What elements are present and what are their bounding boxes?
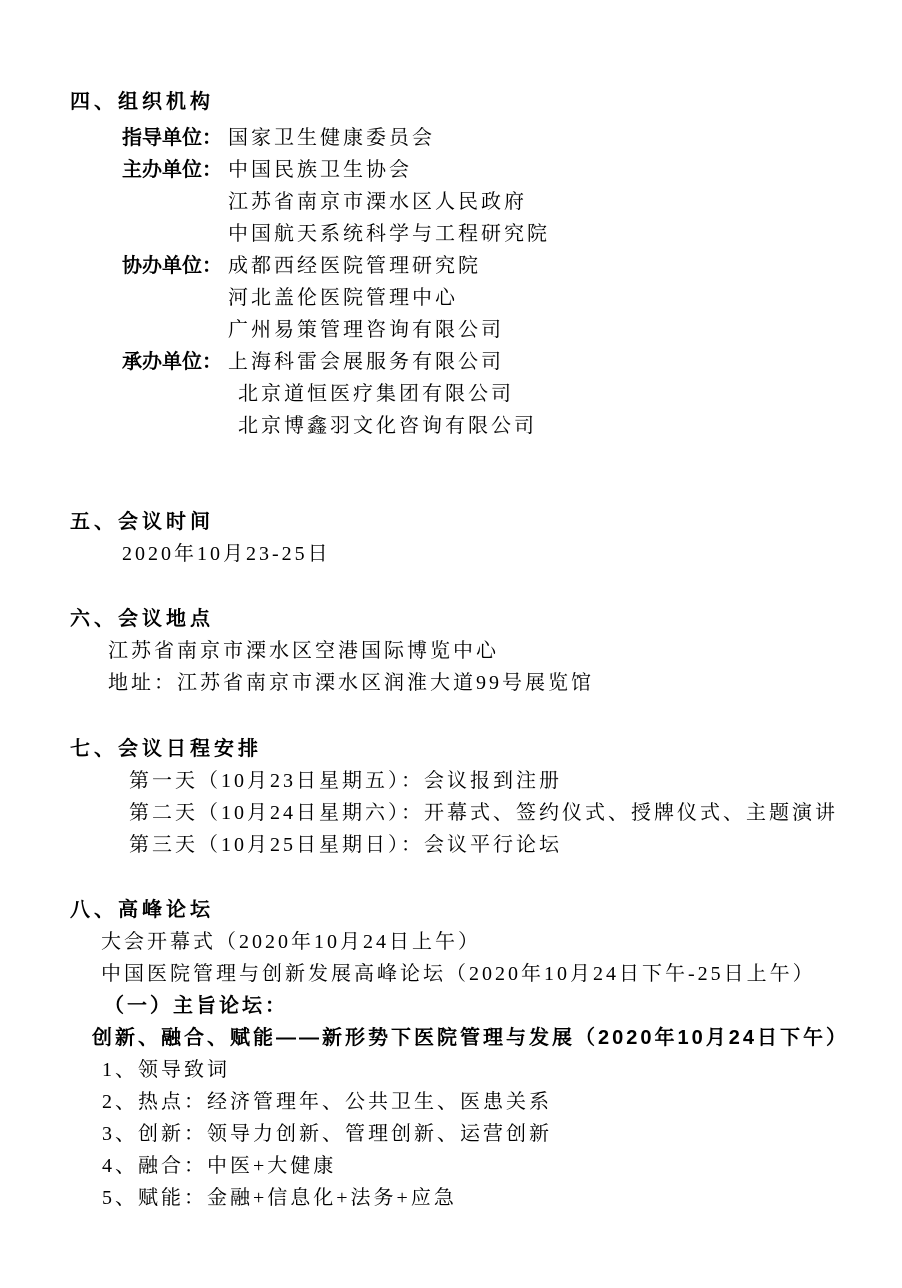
section-heading-summit-forum: 八、高峰论坛 [70, 894, 902, 926]
section-heading-meeting-time: 五、会议时间 [70, 506, 902, 538]
org-role-label: 承办单位： [122, 346, 228, 378]
org-row: 河北盖伦医院管理中心 [122, 282, 902, 314]
org-role-label [122, 186, 228, 218]
org-row: 中国航天系统科学与工程研究院 [122, 218, 902, 250]
agenda-day-3: 第三天（10月25日星期日）：会议平行论坛 [129, 829, 902, 861]
venue-name: 江苏省南京市溧水区空港国际博览中心 [108, 635, 902, 667]
org-name: 国家卫生健康委员会 [228, 122, 435, 154]
summit-forum-title: 中国医院管理与创新发展高峰论坛（2020年10月24日下午-25日上午） [101, 958, 902, 990]
keynote-forum-subheading: （一）主旨论坛： [104, 990, 902, 1022]
org-row: 江苏省南京市溧水区人民政府 [122, 186, 902, 218]
org-row: 北京博鑫羽文化咨询有限公司 [132, 410, 902, 442]
org-row: 主办单位： 中国民族卫生协会 [122, 154, 902, 186]
org-role-label [132, 410, 238, 442]
forum-item-5: 5、赋能：金融+信息化+法务+应急 [102, 1182, 902, 1214]
conference-document: 四、组织机构 指导单位： 国家卫生健康委员会 主办单位： 中国民族卫生协会 江苏… [0, 0, 902, 1214]
forum-item-1: 1、领导致词 [102, 1054, 902, 1086]
agenda-day-2: 第二天（10月24日星期六）：开幕式、签约仪式、授牌仪式、主题演讲 [129, 797, 902, 829]
meeting-date: 2020年10月23-25日 [122, 538, 902, 570]
org-name: 中国民族卫生协会 [228, 154, 412, 186]
org-name: 广州易策管理咨询有限公司 [228, 314, 504, 346]
org-name: 成都西经医院管理研究院 [228, 250, 481, 282]
org-role-label [122, 282, 228, 314]
org-row: 广州易策管理咨询有限公司 [122, 314, 902, 346]
org-name: 北京道恒医疗集团有限公司 [238, 378, 514, 410]
agenda-day-1: 第一天（10月23日星期五）：会议报到注册 [129, 765, 902, 797]
org-row: 承办单位： 上海科雷会展服务有限公司 [122, 346, 902, 378]
forum-item-2: 2、热点：经济管理年、公共卫生、医患关系 [102, 1086, 902, 1118]
org-name: 江苏省南京市溧水区人民政府 [228, 186, 527, 218]
section-organization: 四、组织机构 指导单位： 国家卫生健康委员会 主办单位： 中国民族卫生协会 江苏… [0, 86, 902, 442]
section-meeting-location: 六、会议地点 江苏省南京市溧水区空港国际博览中心 地址：江苏省南京市溧水区润淮大… [0, 603, 902, 699]
org-name: 河北盖伦医院管理中心 [228, 282, 458, 314]
opening-ceremony: 大会开幕式（2020年10月24日上午） [101, 926, 902, 958]
forum-item-3: 3、创新：领导力创新、管理创新、运营创新 [102, 1118, 902, 1150]
org-role-label [122, 314, 228, 346]
venue-address: 地址：江苏省南京市溧水区润淮大道99号展览馆 [108, 667, 902, 699]
forum-item-4: 4、融合：中医+大健康 [102, 1150, 902, 1182]
org-role-label: 主办单位： [122, 154, 228, 186]
keynote-forum-title: 创新、融合、赋能——新形势下医院管理与发展（2020年10月24日下午） [92, 1022, 902, 1054]
org-role-label [122, 218, 228, 250]
section-meeting-time: 五、会议时间 2020年10月23-25日 [0, 506, 902, 570]
section-heading-organization: 四、组织机构 [70, 86, 902, 118]
org-role-label: 协办单位： [122, 250, 228, 282]
section-heading-meeting-location: 六、会议地点 [70, 603, 902, 635]
org-row: 协办单位： 成都西经医院管理研究院 [122, 250, 902, 282]
org-name: 中国航天系统科学与工程研究院 [228, 218, 550, 250]
org-row: 北京道恒医疗集团有限公司 [132, 378, 902, 410]
section-summit-forum: 八、高峰论坛 大会开幕式（2020年10月24日上午） 中国医院管理与创新发展高… [0, 894, 902, 1214]
org-name: 北京博鑫羽文化咨询有限公司 [238, 410, 537, 442]
organization-rows: 指导单位： 国家卫生健康委员会 主办单位： 中国民族卫生协会 江苏省南京市溧水区… [0, 122, 902, 442]
org-row: 指导单位： 国家卫生健康委员会 [122, 122, 902, 154]
org-role-label: 指导单位： [122, 122, 228, 154]
org-role-label [132, 378, 238, 410]
org-name: 上海科雷会展服务有限公司 [228, 346, 504, 378]
section-heading-agenda: 七、会议日程安排 [70, 733, 902, 765]
section-agenda: 七、会议日程安排 第一天（10月23日星期五）：会议报到注册 第二天（10月24… [0, 733, 902, 861]
